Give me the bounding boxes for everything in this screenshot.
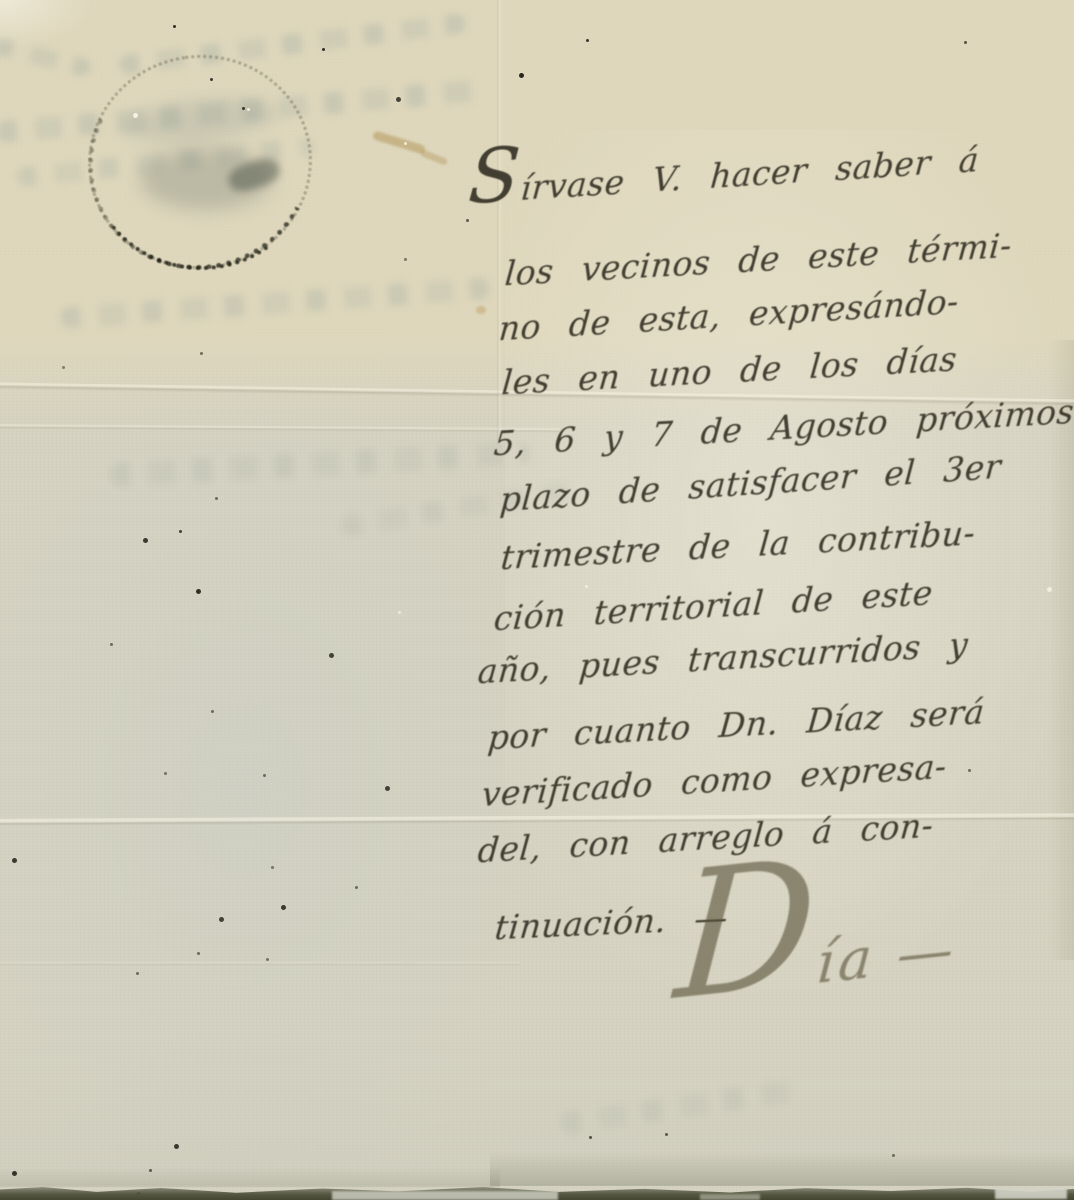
scan-edge-highlight <box>995 1188 1067 1199</box>
handwritten-line: trimestre de la contribu- <box>499 513 977 577</box>
letter-body: Sírvase V. hacer saber á los vecinos de … <box>0 0 1074 1200</box>
handwritten-line: Sírvase V. hacer saber á <box>466 140 980 211</box>
scan-edge-highlight <box>332 1191 558 1200</box>
handwritten-line: no de esta, expresándo- <box>497 282 960 349</box>
paper-edge-shadow <box>0 1167 500 1187</box>
letter-scan-page: Sírvase V. hacer saber á los vecinos de … <box>0 0 1074 1200</box>
handwritten-line: ción territorial de este <box>492 573 934 638</box>
handwritten-line: por cuanto Dn. Díaz será <box>486 692 986 757</box>
handwritten-line: verificado como expresa- <box>480 746 948 814</box>
handwritten-line: les en uno de los días <box>500 339 959 402</box>
paper-edge-shadow <box>490 1152 1074 1186</box>
scan-edge-highlight <box>700 1194 760 1200</box>
closing-flourish: Día — <box>672 907 960 1012</box>
